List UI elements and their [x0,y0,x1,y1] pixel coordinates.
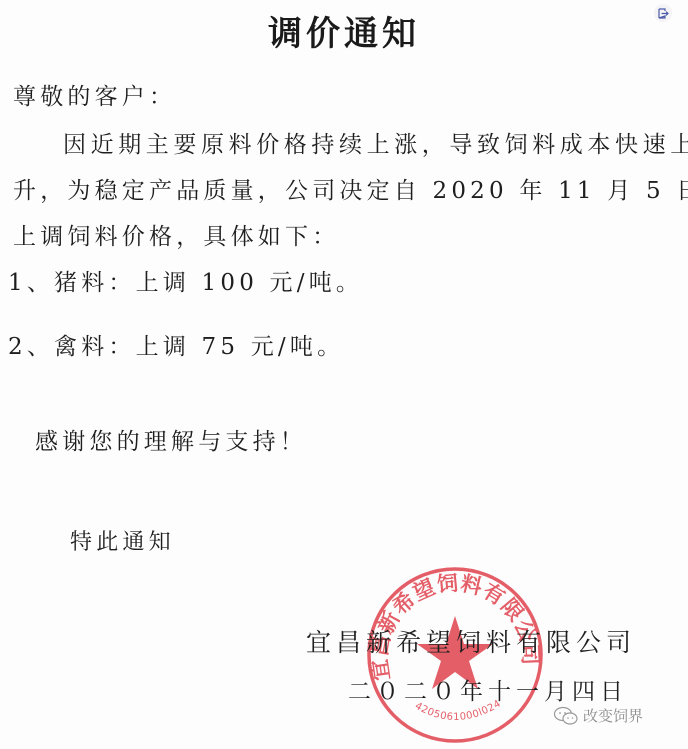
notice-line: 特此通知 [70,528,175,558]
thanks-line: 感谢您的理解与支持！ [35,427,307,457]
notice-document: 调价通知 尊敬的客户： 因近期主要原料价格持续上涨，导致饲料成本快速上 升，为稳… [0,0,688,749]
body-line-3: 上调饲料价格，具体如下： [13,222,339,252]
issue-date: 二０二０年十一月四日 [348,677,628,707]
body-line-2: 升，为稳定产品质量，公司决定自 2020 年 11 月 5 日零时起 [13,176,688,206]
watermark-text: 改变饲界 [583,705,643,726]
price-item-poultry-feed: 2、禽料：上调 75 元/吨。 [8,332,344,362]
watermark: 改变饲界 [553,705,643,726]
company-name: 宜昌新希望饲料有限公司 [306,628,636,658]
salutation: 尊敬的客户： [13,82,176,112]
wechat-icon [553,706,579,726]
page-title: 调价通知 [0,6,688,55]
body-line-1: 因近期主要原料价格持续上涨，导致饲料成本快速上 [63,130,688,160]
price-item-pig-feed: 1、猪料：上调 100 元/吨。 [8,268,363,298]
